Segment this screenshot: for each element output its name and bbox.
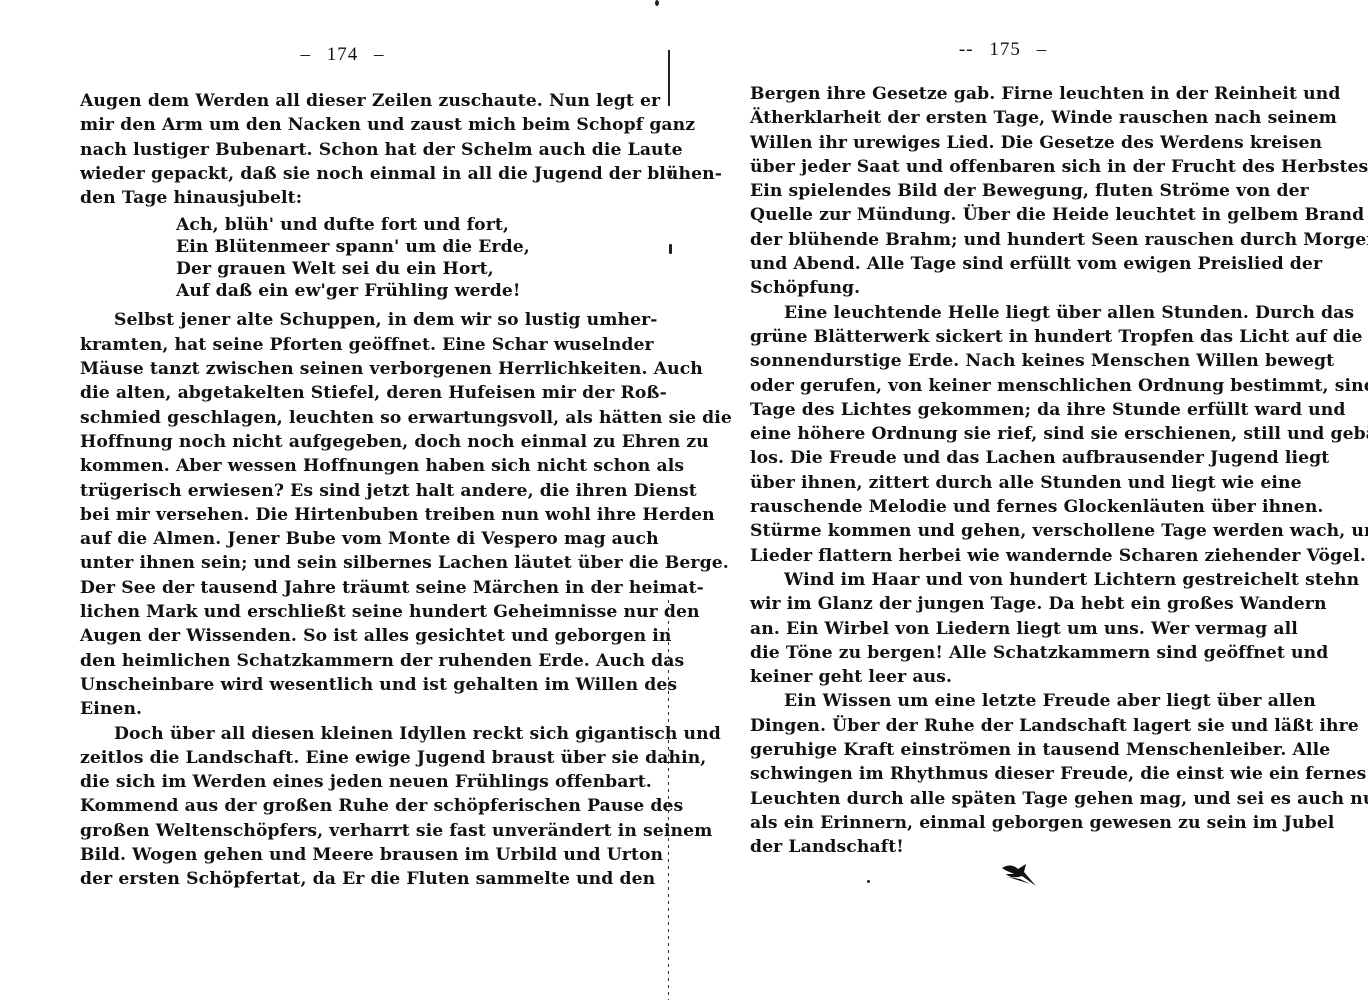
verse-line: Ein Blütenmeer spann' um die Erde,: [176, 236, 605, 258]
paragraph: Bergen ihre Gesetze gab. Firne leuchten …: [750, 82, 1278, 301]
text-line: zeitlos die Landschaft. Eine ewige Jugen…: [80, 746, 605, 770]
text-line: Ätherklarheit der ersten Tage, Winde rau…: [750, 106, 1278, 130]
text-line: an. Ein Wirbel von Liedern liegt um uns.…: [750, 617, 1278, 641]
text-line: die sich im Werden eines jeden neuen Frü…: [80, 770, 605, 794]
text-line: Hoffnung noch nicht aufgegeben, doch noc…: [80, 430, 605, 454]
text-line: oder gerufen, von keiner menschlichen Or…: [750, 374, 1278, 398]
paragraph: Doch über all diesen kleinen Idyllen rec…: [80, 722, 605, 892]
text-line: Eine leuchtende Helle liegt über allen S…: [750, 301, 1278, 325]
text-line: schwingen im Rhythmus dieser Freude, die…: [750, 762, 1278, 786]
text-line: Mäuse tanzt zwischen seinen verborgenen …: [80, 357, 605, 381]
left-page-text: Augen dem Werden all dieser Zeilen zusch…: [80, 89, 605, 892]
text-line: kommen. Aber wessen Hoffnungen haben sic…: [80, 454, 605, 478]
paragraph: Ein Wissen um eine letzte Freude aber li…: [750, 689, 1278, 859]
text-line: der blühende Brahm; und hundert Seen rau…: [750, 228, 1278, 252]
page-number: -- 175 –: [750, 39, 1256, 61]
text-line: wir im Glanz der jungen Tage. Da hebt ei…: [750, 592, 1278, 616]
binding-gutter-bottom: [668, 600, 669, 1000]
text-line: Willen ihr urewiges Lied. Die Gesetze de…: [750, 131, 1278, 155]
text-line: Augen dem Werden all dieser Zeilen zusch…: [80, 89, 605, 113]
text-line: Lieder flattern herbei wie wandernde Sch…: [750, 544, 1278, 568]
paragraph: Wind im Haar und von hundert Lichtern ge…: [750, 568, 1278, 689]
text-line: unter ihnen sein; und sein silbernes Lac…: [80, 551, 605, 575]
binding-gutter-top: [668, 50, 670, 106]
verse-line: Der grauen Welt sei du ein Hort,: [176, 258, 605, 280]
text-line: der Landschaft!: [750, 835, 1278, 859]
text-line: Einen.: [80, 697, 605, 721]
text-line: eine höhere Ordnung sie rief, sind sie e…: [750, 422, 1278, 446]
text-line: Schöpfung.: [750, 276, 1278, 300]
right-page-text: Bergen ihre Gesetze gab. Firne leuchten …: [750, 82, 1278, 860]
text-line: Unscheinbare wird wesentlich und ist geh…: [80, 673, 605, 697]
text-line: Bergen ihre Gesetze gab. Firne leuchten …: [750, 82, 1278, 106]
text-line: Kommend aus der großen Ruhe der schöpfer…: [80, 794, 605, 818]
text-line: los. Die Freude und das Lachen aufbrause…: [750, 446, 1278, 470]
bird-vignette-icon: [1000, 862, 1038, 888]
page-number: – 174 –: [80, 44, 605, 66]
verse-line: Ach, blüh' und dufte fort und fort,: [176, 214, 605, 236]
text-line: grüne Blätterwerk sickert in hundert Tro…: [750, 325, 1278, 349]
text-line: auf die Almen. Jener Bube vom Monte di V…: [80, 527, 605, 551]
text-line: Doch über all diesen kleinen Idyllen rec…: [80, 722, 605, 746]
text-line: Wind im Haar und von hundert Lichtern ge…: [750, 568, 1278, 592]
text-line: Leuchten durch alle späten Tage gehen ma…: [750, 787, 1278, 811]
verse-line: Auf daß ein ew'ger Frühling werde!: [176, 280, 605, 302]
left-page: – 174 – Augen dem Werden all dieser Zeil…: [80, 0, 605, 1000]
text-line: trügerisch erwiesen? Es sind jetzt halt …: [80, 479, 605, 503]
stray-speck: [867, 880, 870, 883]
text-line: großen Weltenschöpfers, verharrt sie fas…: [80, 819, 605, 843]
stray-speck: [655, 0, 659, 6]
text-line: mir den Arm um den Nacken und zaust mich…: [80, 113, 605, 137]
text-line: sonnendurstige Erde. Nach keines Mensche…: [750, 349, 1278, 373]
text-line: den Tage hinausjubelt:: [80, 186, 605, 210]
text-line: Stürme kommen und gehen, verschollene Ta…: [750, 519, 1278, 543]
text-line: Dingen. Über der Ruhe der Landschaft lag…: [750, 714, 1278, 738]
text-line: Bild. Wogen gehen und Meere brausen im U…: [80, 843, 605, 867]
text-line: Ein spielendes Bild der Bewegung, fluten…: [750, 179, 1278, 203]
gutter-speck: [669, 170, 672, 176]
text-line: geruhige Kraft einströmen in tausend Men…: [750, 738, 1278, 762]
text-line: Ein Wissen um eine letzte Freude aber li…: [750, 689, 1278, 713]
text-line: schmied geschlagen, leuchten so erwartun…: [80, 406, 605, 430]
text-line: wieder gepackt, daß sie noch einmal in a…: [80, 162, 605, 186]
text-line: und Abend. Alle Tage sind erfüllt vom ew…: [750, 252, 1278, 276]
text-line: Quelle zur Mündung. Über die Heide leuch…: [750, 203, 1278, 227]
text-line: als ein Erinnern, einmal geborgen gewese…: [750, 811, 1278, 835]
text-line: den heimlichen Schatzkammern der ruhende…: [80, 649, 605, 673]
text-line: lichen Mark und erschließt seine hundert…: [80, 600, 605, 624]
text-line: über ihnen, zittert durch alle Stunden u…: [750, 471, 1278, 495]
paragraph: Selbst jener alte Schuppen, in dem wir s…: [80, 308, 605, 721]
text-line: der ersten Schöpfertat, da Er die Fluten…: [80, 867, 605, 891]
text-line: nach lustiger Bubenart. Schon hat der Sc…: [80, 138, 605, 162]
text-line: über jeder Saat und offenbaren sich in d…: [750, 155, 1278, 179]
text-line: Selbst jener alte Schuppen, in dem wir s…: [80, 308, 605, 332]
text-line: bei mir versehen. Die Hirtenbuben treibe…: [80, 503, 605, 527]
gutter-speck: [669, 244, 672, 254]
verse-stanza: Ach, blüh' und dufte fort und fort, Ein …: [80, 214, 605, 302]
text-line: Tage des Lichtes gekommen; da ihre Stund…: [750, 398, 1278, 422]
text-line: die Töne zu bergen! Alle Schatzkammern s…: [750, 641, 1278, 665]
text-line: die alten, abgetakelten Stiefel, deren H…: [80, 381, 605, 405]
right-page: -- 175 – Bergen ihre Gesetze gab. Firne …: [750, 0, 1278, 1000]
paragraph: Augen dem Werden all dieser Zeilen zusch…: [80, 89, 605, 210]
paragraph: Eine leuchtende Helle liegt über allen S…: [750, 301, 1278, 568]
text-line: keiner geht leer aus.: [750, 665, 1278, 689]
text-line: Augen der Wissenden. So ist alles gesich…: [80, 624, 605, 648]
text-line: Der See der tausend Jahre träumt seine M…: [80, 576, 605, 600]
text-line: rauschende Melodie und fernes Glockenläu…: [750, 495, 1278, 519]
text-line: kramten, hat seine Pforten geöffnet. Ein…: [80, 333, 605, 357]
